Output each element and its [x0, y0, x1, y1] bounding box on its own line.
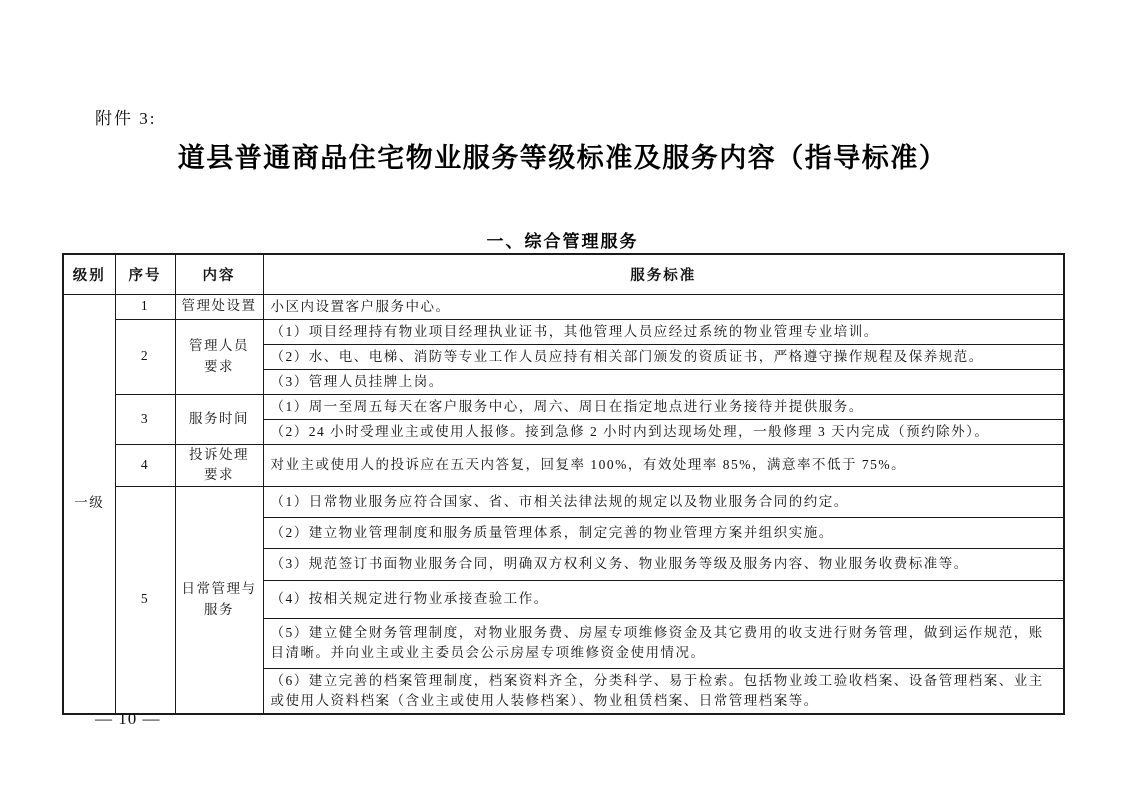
section-title: 一、综合管理服务 — [62, 227, 1063, 252]
table-header-row: 级别 序号 内容 服务标准 — [63, 254, 1064, 294]
index-cell: 4 — [115, 444, 175, 486]
standard-cell: 对业主或使用人的投诉应在五天内答复，回复率 100%，有效处理率 85%，满意率… — [263, 444, 1064, 486]
content-cell: 管理人员 要求 — [175, 319, 263, 394]
standard-cell: （5）建立健全财务管理制度，对物业服务费、房屋专项维修资金及其它费用的收支进行财… — [263, 618, 1064, 668]
content-cell: 服务时间 — [175, 394, 263, 444]
document-title: 道县普通商品住宅物业服务等级标准及服务内容（指导标准） — [62, 136, 1063, 175]
header-level: 级别 — [63, 254, 115, 294]
table-row: 5 日常管理与 服务 （1）日常物业服务应符合国家、省、市相关法律法规的规定以及… — [63, 486, 1064, 517]
table-row: 4 投诉处理 要求 对业主或使用人的投诉应在五天内答复，回复率 100%，有效处… — [63, 444, 1064, 486]
table-row: 3 服务时间 （1）周一至周五每天在客户服务中心，周六、周日在指定地点进行业务接… — [63, 394, 1064, 419]
standard-cell: （3）规范签订书面物业服务合同，明确双方权利义务、物业服务等级及服务内容、物业服… — [263, 548, 1064, 580]
index-cell: 1 — [115, 294, 175, 319]
table-row: 一级 1 管理处设置 小区内设置客户服务中心。 — [63, 294, 1064, 319]
standard-cell: （2）24 小时受理业主或使用人报修。接到急修 2 小时内到达现场处理，一般修理… — [263, 419, 1064, 444]
header-content: 内容 — [175, 254, 263, 294]
content-cell: 管理处设置 — [175, 294, 263, 319]
index-cell: 2 — [115, 319, 175, 394]
standard-cell: （1）周一至周五每天在客户服务中心，周六、周日在指定地点进行业务接待并提供服务。 — [263, 394, 1064, 419]
page-number: — 10 — — [95, 709, 161, 729]
standard-cell: （3）管理人员挂牌上岗。 — [263, 369, 1064, 394]
standard-cell: （6）建立完善的档案管理制度，档案资料齐全，分类科学、易于检索。包括物业竣工验收… — [263, 668, 1064, 714]
standard-cell: （1）日常物业服务应符合国家、省、市相关法律法规的规定以及物业服务合同的约定。 — [263, 486, 1064, 517]
standard-cell: （2）水、电、电梯、消防等专业工作人员应持有相关部门颁发的资质证书，严格遵守操作… — [263, 344, 1064, 369]
index-cell: 3 — [115, 394, 175, 444]
standard-cell: （4）按相关规定进行物业承接查验工作。 — [263, 580, 1064, 618]
standard-cell: （2）建立物业管理制度和服务质量管理体系，制定完善的物业管理方案并组织实施。 — [263, 517, 1064, 548]
service-standard-table: 级别 序号 内容 服务标准 一级 1 管理处设置 小区内设置客户服务中心。 2 … — [62, 253, 1065, 715]
header-standard: 服务标准 — [263, 254, 1064, 294]
standard-cell: 小区内设置客户服务中心。 — [263, 294, 1064, 319]
table-row: 2 管理人员 要求 （1）项目经理持有物业项目经理执业证书，其他管理人员应经过系… — [63, 319, 1064, 344]
document-page: 附件 3: 道县普通商品住宅物业服务等级标准及服务内容（指导标准） 一、综合管理… — [0, 0, 1122, 793]
index-cell: 5 — [115, 486, 175, 714]
attachment-label: 附件 3: — [95, 104, 156, 129]
level-cell: 一级 — [63, 294, 115, 714]
content-cell: 日常管理与 服务 — [175, 486, 263, 714]
content-cell: 投诉处理 要求 — [175, 444, 263, 486]
header-index: 序号 — [115, 254, 175, 294]
standard-cell: （1）项目经理持有物业项目经理执业证书，其他管理人员应经过系统的物业管理专业培训… — [263, 319, 1064, 344]
